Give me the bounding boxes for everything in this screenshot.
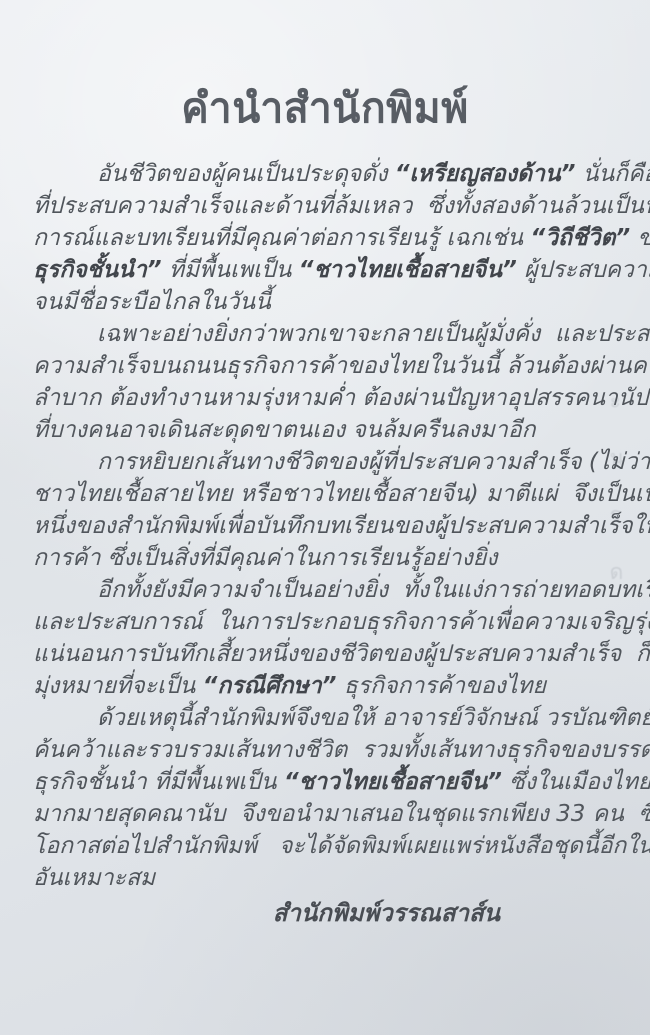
text-line: อันชีวิตของผู้คนเป็นประดุจดั่ง “เหรียญสอ…: [33, 158, 619, 190]
text-line: แน่นอนการบันทึกเสี้ยวหนึ่งของชีวิตของผู้…: [33, 638, 619, 670]
text-run: ลำบาก ต้องทำงานหามรุ่งหามค่ำ ต้องผ่านปัญ…: [33, 385, 650, 411]
text-run: นั่นก็คือด้าน: [575, 161, 650, 187]
text-line: อันเหมาะสม: [33, 862, 619, 894]
text-line: ที่ประสบความสำเร็จและด้านที่ล้มเหลว ซึ่ง…: [33, 190, 619, 222]
foreword-body: อันชีวิตของผู้คนเป็นประดุจดั่ง “เหรียญสอ…: [33, 158, 619, 894]
text-line: การณ์และบทเรียนที่มีคุณค่าต่อการเรียนรู้…: [33, 222, 619, 254]
text-run: อีกทั้งยังมีความจำเป็นอย่างยิ่ง ทั้งในแง…: [97, 577, 650, 603]
text-run: เฉพาะอย่างยิ่งกว่าพวกเขาจะกลายเป็นผู้มั่…: [97, 321, 650, 347]
text-run: ธุรกิจการค้าของไทย: [336, 673, 546, 699]
bleedthrough-glyph: ะ: [610, 385, 624, 418]
emphasized-text-run: “ชาวไทยเชื้อสายจีน”: [299, 257, 517, 283]
text-run: ที่บางคนอาจเดินสะดุดขาตนเอง จนล้มครืนลงม…: [33, 417, 536, 443]
text-run: มุ่งหมายที่จะเป็น: [33, 673, 203, 699]
emphasized-text-run: “กรณีศึกษา”: [203, 673, 337, 699]
text-run: มากมายสุดคณานับ จึงขอนำมาเสนอในชุดแรกเพี…: [33, 801, 650, 827]
text-line: มากมายสุดคณานับ จึงขอนำมาเสนอในชุดแรกเพี…: [33, 798, 619, 830]
text-run: ด้วยเหตุนี้สำนักพิมพ์จึงขอให้ อาจารย์วิจ…: [97, 705, 650, 731]
text-run: จนมีชื่อระบือไกลในวันนี้: [33, 289, 271, 315]
text-line: มุ่งหมายที่จะเป็น “กรณีศึกษา” ธุรกิจการค…: [33, 670, 619, 702]
text-run: และประสบการณ์ ในการประกอบธุรกิจการค้าเพื…: [33, 609, 650, 635]
text-run: หนึ่งของสำนักพิมพ์เพื่อบันทึกบทเรียนของผ…: [33, 513, 650, 539]
text-line: การค้า ซึ่งเป็นสิ่งที่มีคุณค่าในการเรียน…: [33, 542, 619, 574]
text-run: ที่มีพื้นเพเป็น: [162, 257, 299, 283]
text-run: ซึ่งในเมืองไทยมีอยู่: [502, 769, 650, 795]
text-line: ธุรกิจชั้นนำ ที่มีพื้นเพเป็น “ชาวไทยเชื้…: [33, 766, 619, 798]
emphasized-text-run: “วิถีชีวิต”: [530, 225, 630, 251]
text-run: ชาวไทยเชื้อสายไทย หรือชาวไทยเชื้อสายจีน)…: [33, 481, 650, 507]
emphasized-text-run: “ชาวไทยเชื้อสายจีน”: [284, 769, 502, 795]
text-run: แน่นอนการบันทึกเสี้ยวหนึ่งของชีวิตของผู้…: [33, 641, 650, 667]
reverse-page-bleedthrough: ะนรด: [610, 385, 624, 589]
text-line: ชาวไทยเชื้อสายไทย หรือชาวไทยเชื้อสายจีน)…: [33, 478, 619, 510]
book-page: คำนำสำนักพิมพ์ อันชีวิตของผู้คนเป็นประดุ…: [0, 0, 650, 1035]
text-run: ค้นคว้าและรวบรวมเส้นทางชีวิต รวมทั้งเส้น…: [33, 737, 650, 763]
text-run: การค้า ซึ่งเป็นสิ่งที่มีคุณค่าในการเรียน…: [33, 545, 498, 571]
bleedthrough-glyph: ด: [610, 556, 624, 589]
text-run: ผู้ประสบความสำเร็จ: [517, 257, 650, 283]
text-line: ค้นคว้าและรวบรวมเส้นทางชีวิต รวมทั้งเส้น…: [33, 734, 619, 766]
text-run: ของ: [630, 225, 650, 251]
text-run: โอกาสต่อไปสำนักพิมพ์ จะได้จัดพิมพ์เผยแพร…: [33, 833, 650, 859]
publisher-signature: สำนักพิมพ์วรรณสาส์น: [273, 893, 500, 932]
text-line: ที่บางคนอาจเดินสะดุดขาตนเอง จนล้มครืนลงม…: [33, 414, 619, 446]
text-line: ความสำเร็จบนถนนธุรกิจการค้าของไทยในวันนี…: [33, 350, 619, 382]
text-line: และประสบการณ์ ในการประกอบธุรกิจการค้าเพื…: [33, 606, 619, 638]
text-line: ธุรกิจชั้นนำ” ที่มีพื้นเพเป็น “ชาวไทยเชื…: [33, 254, 619, 286]
page-title: คำนำสำนักพิมพ์: [0, 76, 650, 141]
text-run: การณ์และบทเรียนที่มีคุณค่าต่อการเรียนรู้…: [33, 225, 530, 251]
text-run: ธุรกิจชั้นนำ ที่มีพื้นเพเป็น: [33, 769, 284, 795]
text-line: ด้วยเหตุนี้สำนักพิมพ์จึงขอให้ อาจารย์วิจ…: [33, 702, 619, 734]
text-line: จนมีชื่อระบือไกลในวันนี้: [33, 286, 619, 318]
text-run: อันชีวิตของผู้คนเป็นประดุจดั่ง: [97, 161, 395, 187]
bleedthrough-glyph: ร: [610, 499, 624, 532]
text-line: อีกทั้งยังมีความจำเป็นอย่างยิ่ง ทั้งในแง…: [33, 574, 619, 606]
emphasized-text-run: “เหรียญสองด้าน”: [395, 161, 576, 187]
text-line: เฉพาะอย่างยิ่งกว่าพวกเขาจะกลายเป็นผู้มั่…: [33, 318, 619, 350]
text-line: ลำบาก ต้องทำงานหามรุ่งหามค่ำ ต้องผ่านปัญ…: [33, 382, 619, 414]
text-run: ที่ประสบความสำเร็จและด้านที่ล้มเหลว ซึ่ง…: [33, 193, 650, 219]
text-run: อันเหมาะสม: [33, 865, 155, 891]
text-run: การหยิบยกเส้นทางชีวิตของผู้ที่ประสบความส…: [97, 449, 650, 475]
text-line: หนึ่งของสำนักพิมพ์เพื่อบันทึกบทเรียนของผ…: [33, 510, 619, 542]
text-run: ความสำเร็จบนถนนธุรกิจการค้าของไทยในวันนี…: [33, 353, 650, 379]
text-line: การหยิบยกเส้นทางชีวิตของผู้ที่ประสบความส…: [33, 446, 619, 478]
text-line: โอกาสต่อไปสำนักพิมพ์ จะได้จัดพิมพ์เผยแพร…: [33, 830, 619, 862]
bleedthrough-glyph: น: [610, 442, 624, 475]
emphasized-text-run: ธุรกิจชั้นนำ”: [33, 257, 162, 283]
